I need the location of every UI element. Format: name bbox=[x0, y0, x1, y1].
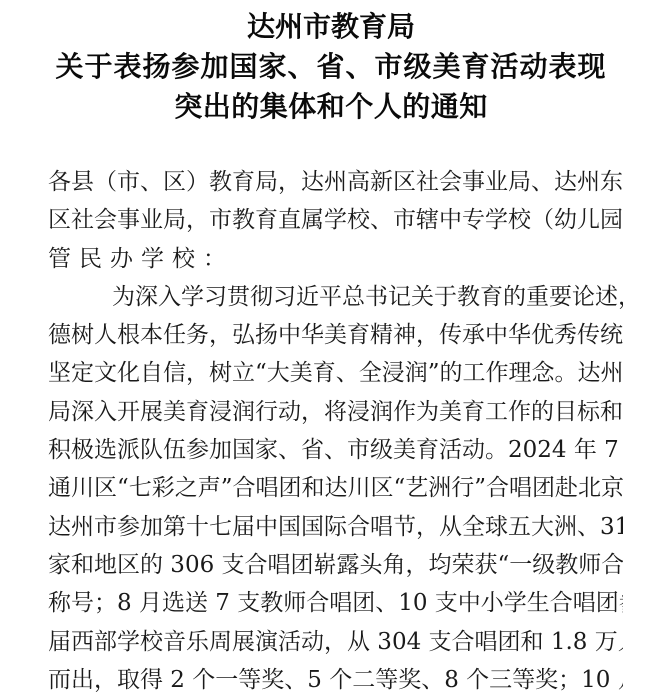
addressee-line: 各县（市、区）教育局，达州高新区社会事业局、达州东部经开 bbox=[48, 163, 623, 201]
paragraph-line: 通川区“七彩之声”合唱团和达川区“艺洲行”合唱团赴北京代表 bbox=[48, 469, 623, 507]
title-line-subject-cont: 突出的集体和个人的通知 bbox=[0, 87, 662, 127]
paragraph-line: 为深入学习贯彻习近平总书记关于教育的重要论述，落实立 bbox=[48, 278, 623, 316]
document-page: 达州市教育局 关于表扬参加国家、省、市级美育活动表现 突出的集体和个人的通知 各… bbox=[0, 0, 662, 697]
addressee-block: 各县（市、区）教育局，达州高新区社会事业局、达州东部经开 区社会事业局，市教育直… bbox=[48, 163, 623, 278]
paragraph-line: 称号；8 月选送 7 支教师合唱团、10 支中小学生合唱团参加第二 bbox=[48, 584, 623, 622]
document-title: 达州市教育局 关于表扬参加国家、省、市级美育活动表现 突出的集体和个人的通知 bbox=[0, 7, 662, 127]
title-line-subject: 关于表扬参加国家、省、市级美育活动表现 bbox=[0, 47, 662, 87]
paragraph-line: 届西部学校音乐周展演活动，从 304 支合唱团和 1.8 万人中脱颖 bbox=[48, 623, 623, 661]
body-paragraph: 为深入学习贯彻习近平总书记关于教育的重要论述，落实立 德树人根本任务，弘扬中华美… bbox=[48, 278, 623, 697]
paragraph-line: 局深入开展美育浸润行动，将浸润作为美育工作的目标和路径， bbox=[48, 393, 623, 431]
paragraph-line: 积极选派队伍参加国家、省、市级美育活动。2024 年 7 月选派 bbox=[48, 431, 623, 469]
addressee-line: 区社会事业局，市教育直属学校、市辖中专学校（幼儿园）、市 bbox=[48, 201, 623, 239]
paragraph-line: 而出，取得 2 个一等奖、5 个二等奖、8 个三等奖；10 月参加达 bbox=[48, 661, 623, 697]
document-body: 各县（市、区）教育局，达州高新区社会事业局、达州东部经开 区社会事业局，市教育直… bbox=[48, 163, 623, 697]
paragraph-line: 坚定文化自信，树立“大美育、全浸润”的工作理念。达州市教育 bbox=[48, 354, 623, 392]
paragraph-line: 达州市参加第十七届中国国际合唱节，从全球五大洲、31 个国 bbox=[48, 508, 623, 546]
paragraph-line: 德树人根本任务，弘扬中华美育精神，传承中华优秀传统文化， bbox=[48, 316, 623, 354]
title-line-issuer: 达州市教育局 bbox=[0, 7, 662, 47]
addressee-line: 管民办学校： bbox=[48, 240, 623, 278]
paragraph-line: 家和地区的 306 支合唱团崭露头角，均荣获“一级教师合唱团” bbox=[48, 546, 623, 584]
